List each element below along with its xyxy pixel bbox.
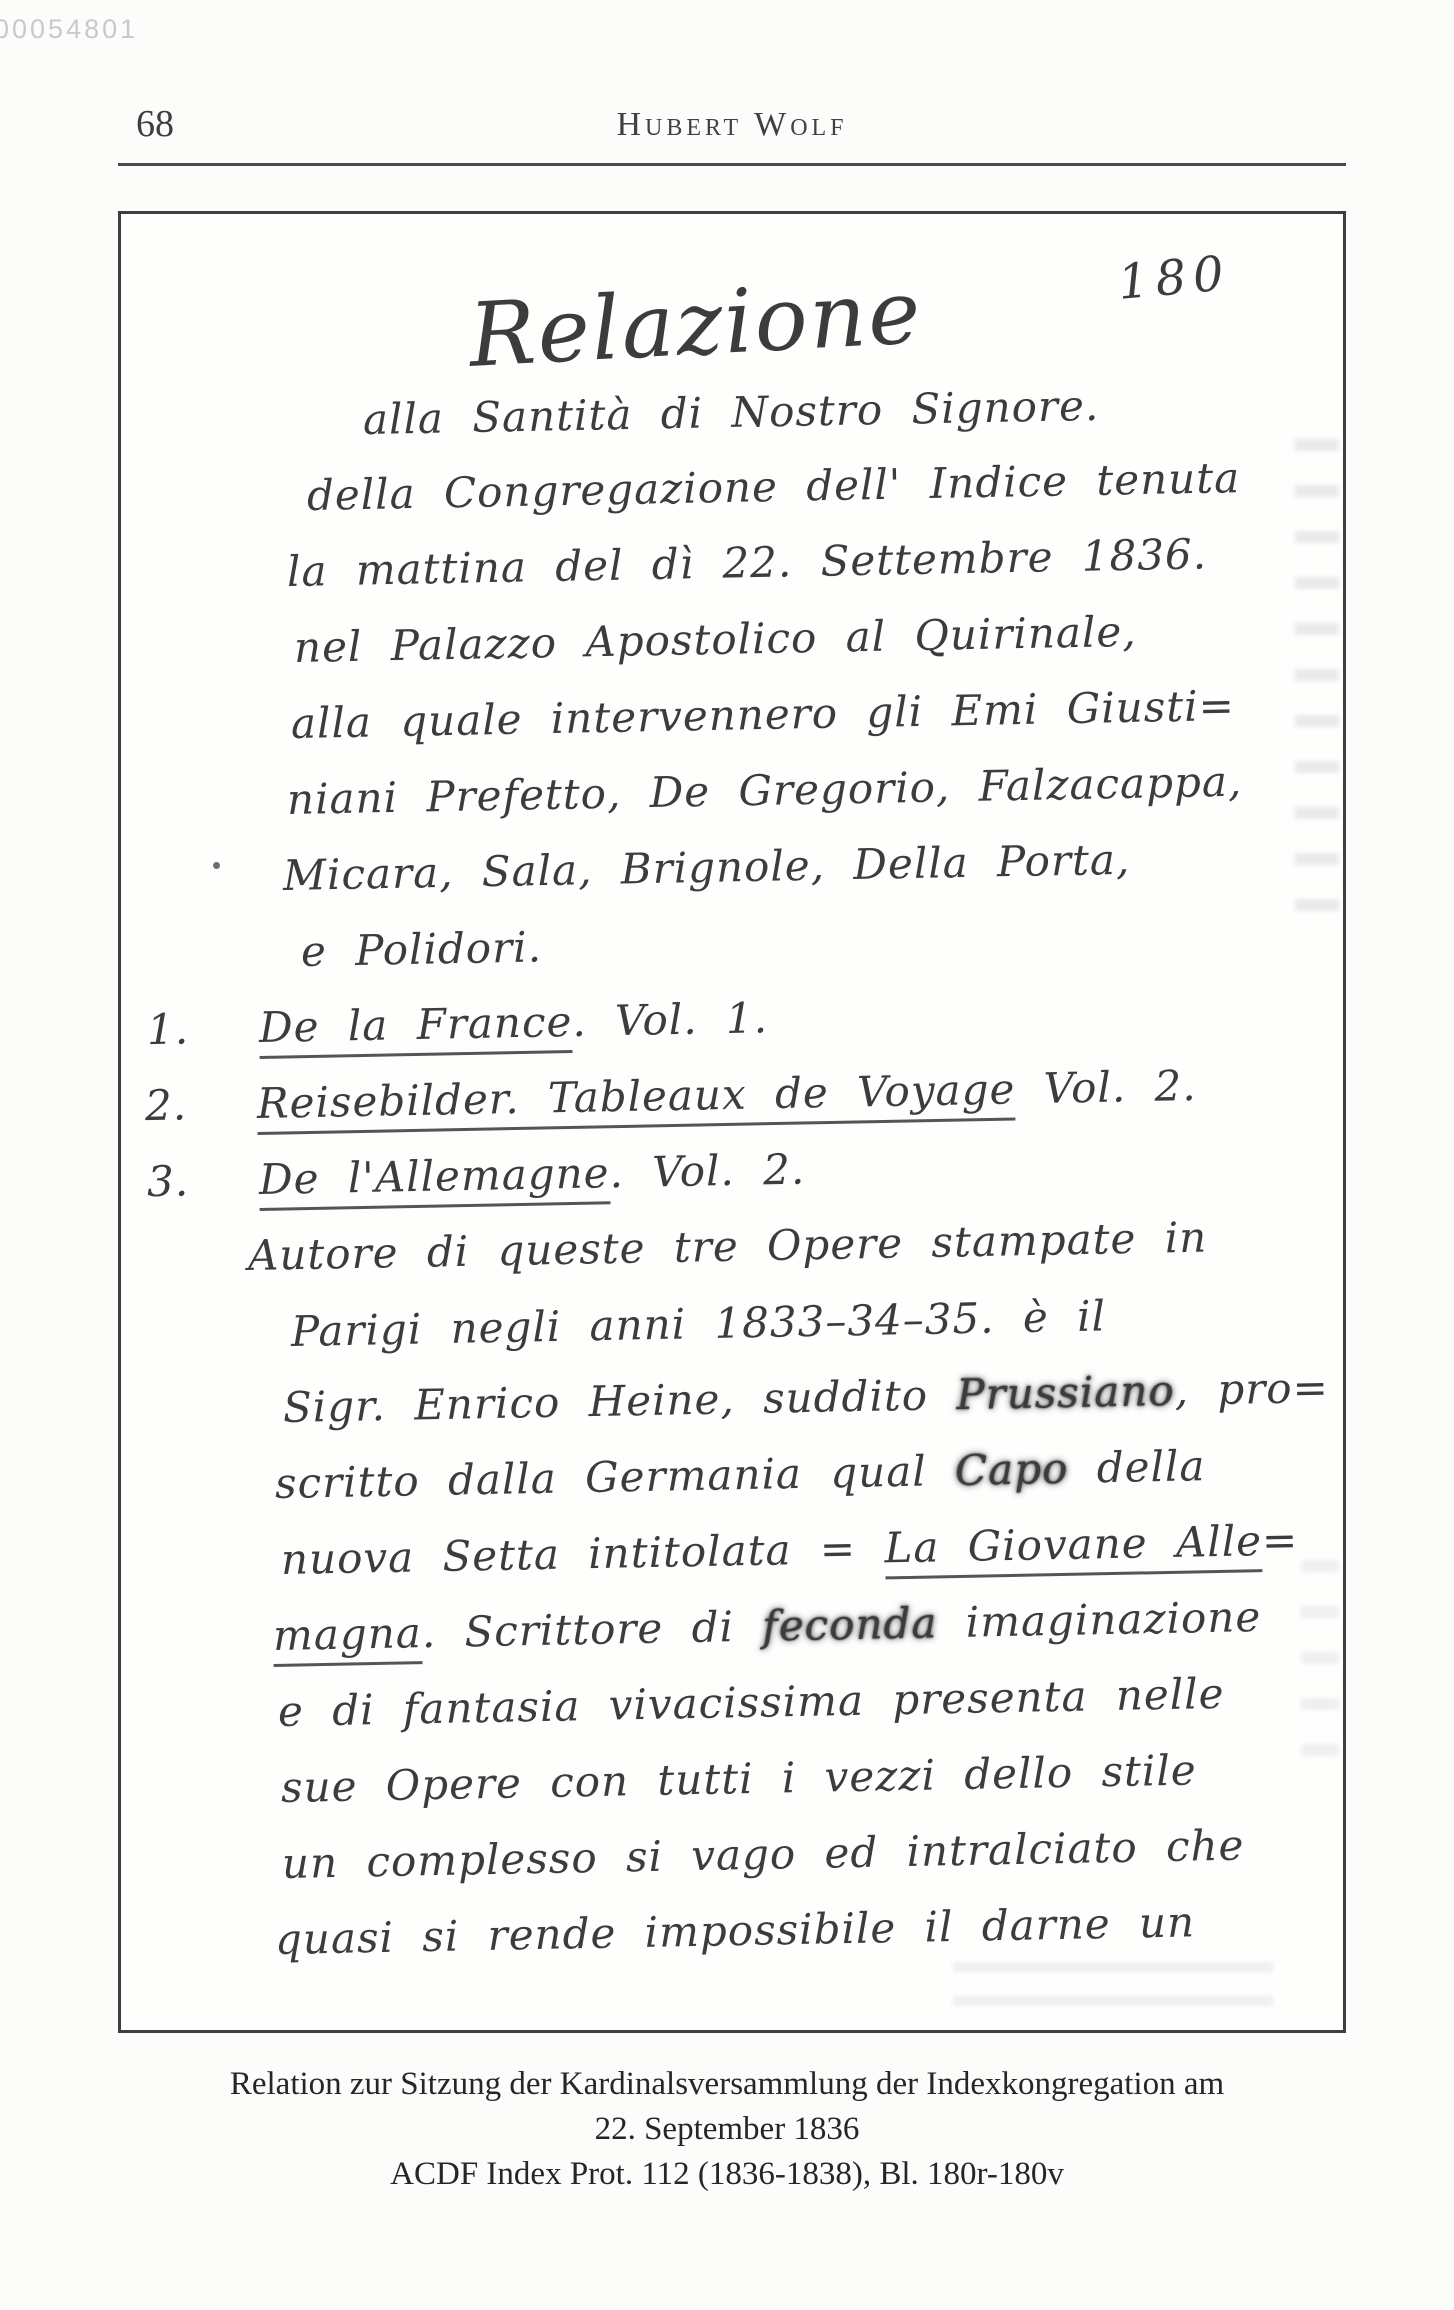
caption-line-1: Relation zur Sitzung der Kardinalsversam… xyxy=(0,2062,1454,2107)
manuscript-text-segment: Reisebilder. Tableaux de Voyage xyxy=(257,1064,1016,1135)
manuscript-text-segment: della Congregazione dell' Indice tenuta xyxy=(307,453,1241,520)
manuscript-text-segment: sue Opere con tutti i vezzi dello stile xyxy=(281,1745,1198,1812)
folio-number: 180 xyxy=(1116,245,1233,311)
caption-line-3: ACDF Index Prot. 112 (1836-1838), Bl. 18… xyxy=(0,2152,1454,2197)
manuscript-text-segment: Parigi negli anni 1833–34–35. è il xyxy=(291,1291,1107,1356)
manuscript-text-segment: Prussiano xyxy=(956,1366,1175,1419)
caption: Relation zur Sitzung der Kardinalsversam… xyxy=(0,2062,1454,2197)
manuscript-text-segment: e Polidori. xyxy=(301,922,543,976)
manuscript-text-segment: alla Santità di Nostro Signore. xyxy=(363,381,1100,444)
manuscript-facsimile: 180 Relazione alla Santità di Nostro Sig… xyxy=(118,211,1346,2033)
caption-line-2: 22. September 1836 xyxy=(0,2107,1454,2152)
manuscript-text-segment: Vol. 2. xyxy=(1015,1061,1197,1113)
manuscript-lines: alla Santità di Nostro Signore.della Con… xyxy=(281,382,1317,1978)
manuscript-text-segment: e di fantasia vivacissima presenta nelle xyxy=(278,1669,1225,1736)
manuscript-text-segment: = xyxy=(1262,1515,1299,1565)
manuscript-text-segment: imaginazione xyxy=(937,1592,1262,1647)
list-number: 1. xyxy=(146,991,190,1068)
header-rule xyxy=(118,163,1346,166)
manuscript-text-segment: , pro= xyxy=(1174,1363,1329,1415)
manuscript-text-segment: Micara, Sala, Brignole, Della Porta, xyxy=(283,835,1131,900)
manuscript-text-segment: un complesso si vago ed intralciato che xyxy=(282,1821,1245,1888)
manuscript-text-segment: Sigr. Enrico Heine, suddito xyxy=(283,1370,957,1432)
manuscript-text-segment: niani Prefetto, De Gregorio, Falzacappa, xyxy=(287,757,1243,824)
manuscript-text-segment: Capo xyxy=(955,1444,1069,1495)
manuscript-text-segment: De la France xyxy=(259,997,573,1059)
manuscript-text-segment: De l'Allemagne xyxy=(259,1148,611,1211)
running-title: Hubert Wolf xyxy=(118,106,1346,144)
list-number: 2. xyxy=(144,1067,188,1144)
list-number: 3. xyxy=(146,1143,190,1220)
manuscript-text-segment: La Giovane Alle xyxy=(884,1516,1263,1579)
manuscript-text-segment: la mattina del dì 22. Settembre 1836. xyxy=(287,529,1208,596)
manuscript-text-segment: feconda xyxy=(762,1598,938,1650)
manuscript-text-segment: . Vol. 1. xyxy=(572,993,769,1046)
manuscript-title: Relazione xyxy=(467,260,925,387)
manuscript-text-segment: della xyxy=(1068,1441,1206,1493)
ink-dot xyxy=(213,862,220,869)
manuscript-text-segment: nuova Setta intitolata = xyxy=(281,1523,885,1584)
manuscript-text-segment: magna xyxy=(273,1608,423,1667)
manuscript-text-segment: . Scrittore di xyxy=(421,1602,762,1658)
scanned-book-page: 00054801 68 Hubert Wolf 180 Relazione al… xyxy=(0,0,1454,2310)
manuscript-text-segment: Autore di queste tre Opere stampate in xyxy=(248,1213,1208,1280)
manuscript-text-segment: scritto dalla Germania qual xyxy=(275,1446,956,1508)
scan-artifact-number: 00054801 xyxy=(0,14,138,45)
manuscript-text-segment: . Vol. 2. xyxy=(609,1145,806,1198)
manuscript-text-segment: nel Palazzo Apostolico al Quirinale, xyxy=(294,607,1137,672)
manuscript-text-segment: quasi si rende impossibile il darne un xyxy=(275,1897,1196,1964)
manuscript-text-segment: alla quale intervennero gli Emi Giusti= xyxy=(291,681,1236,748)
